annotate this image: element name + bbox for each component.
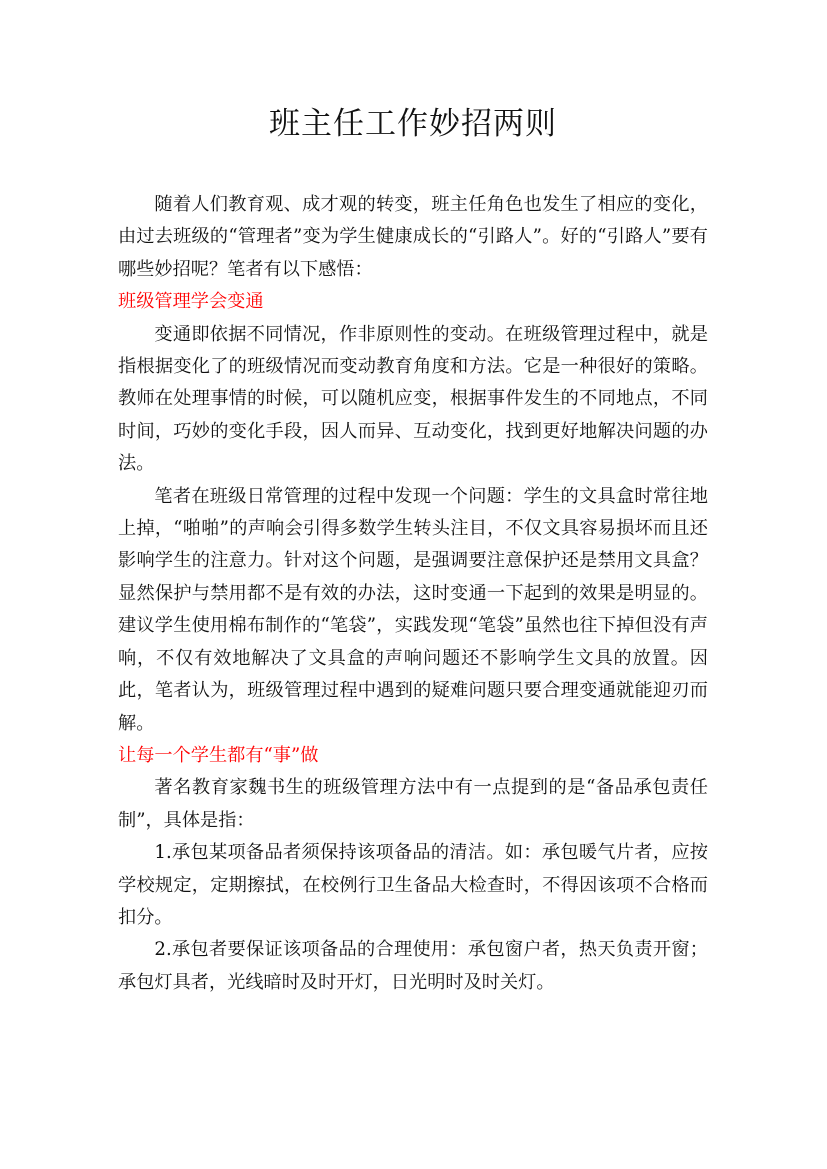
section-heading-flexibility: 班级管理学会变通: [118, 286, 708, 318]
pencil-case-example-paragraph: 笔者在班级日常管理的过程中发现一个问题：学生的文具盒时常往地上掉，“啪啪”的声响…: [118, 481, 708, 740]
responsibility-system-paragraph: 著名教育家魏书生的班级管理方法中有一点提到的是“备品承包责任制”，具体是指：: [118, 772, 708, 837]
document-body: 随着人们教育观、成才观的转变，班主任角色也发生了相应的变化，由过去班级的“管理者…: [118, 189, 708, 999]
intro-paragraph: 随着人们教育观、成才观的转变，班主任角色也发生了相应的变化，由过去班级的“管理者…: [118, 189, 708, 286]
flexibility-definition-paragraph: 变通即依据不同情况，作非原则性的变动。在班级管理过程中，就是指根据变化了的班级情…: [118, 319, 708, 481]
rule-2-paragraph: 2.承包者要保证该项备品的合理使用：承包窗户者，热天负责开窗；承包灯具者，光线暗…: [118, 934, 708, 999]
rule-1-paragraph: 1.承包某项备品者须保持该项备品的清洁。如：承包暖气片者，应按学校规定，定期擦拭…: [118, 837, 708, 934]
document-title: 班主任工作妙招两则: [118, 100, 708, 148]
section-heading-responsibility: 让每一个学生都有“事”做: [118, 740, 708, 772]
